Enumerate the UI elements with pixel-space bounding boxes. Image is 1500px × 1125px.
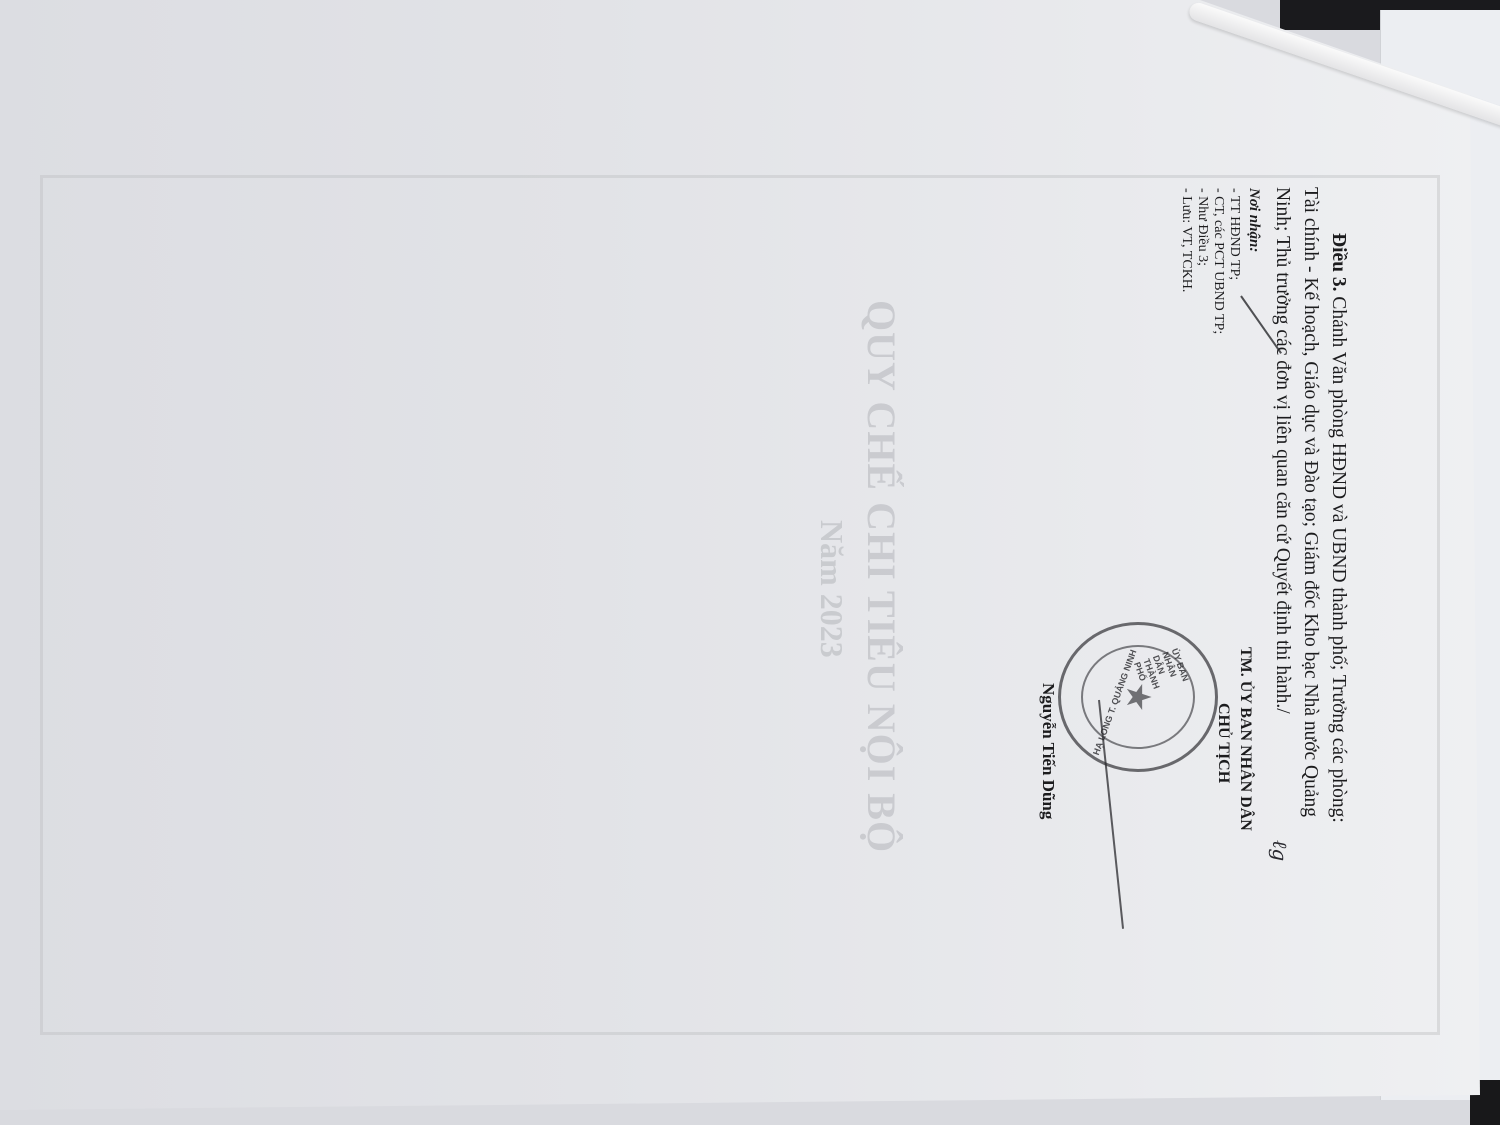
watermark-title: QUY CHẾ CHI TIÊU NỘI BỘ	[858, 300, 905, 853]
signature-organization: TM. ỦY BAN NHÂN DÂN	[1236, 647, 1254, 831]
signature-title: CHỦ TỊCH	[1214, 703, 1232, 783]
recipient-item: - Lưu: VT, TCKH.	[1178, 188, 1194, 292]
article-line-1: Điều 3. Chánh Văn phòng HĐND và UBND thà…	[1324, 195, 1352, 823]
signer-name: Nguyễn Tiến Dũng	[1038, 683, 1058, 819]
recipients-title: Nơi nhận:	[1245, 188, 1262, 252]
recipient-item: - CT, các PCT UBND TP;	[1210, 188, 1226, 334]
article-line-2: Tài chính - Kế hoạch, Giáo dục và Đào tạ…	[1296, 187, 1324, 817]
article-line-3: Ninh; Thủ trưởng các đơn vị liên quan că…	[1268, 187, 1296, 714]
watermark-frame	[40, 175, 1440, 1035]
recipient-item: - TT HĐND TP;	[1226, 188, 1242, 280]
article-label: Điều 3.	[1328, 233, 1349, 292]
watermark-year: Năm 2023	[813, 520, 850, 658]
initials-mark: ℓg	[1267, 840, 1292, 861]
recipient-item: - Như Điều 3;	[1194, 188, 1210, 266]
official-seal: ★ ỦY BAN NHÂN DÂN THÀNH PHỐ HẠ LONG T. Q…	[1058, 622, 1218, 772]
document-page: QUY CHẾ CHI TIÊU NỘI BỘ Năm 2023 Điều 3.…	[0, 0, 1480, 1110]
